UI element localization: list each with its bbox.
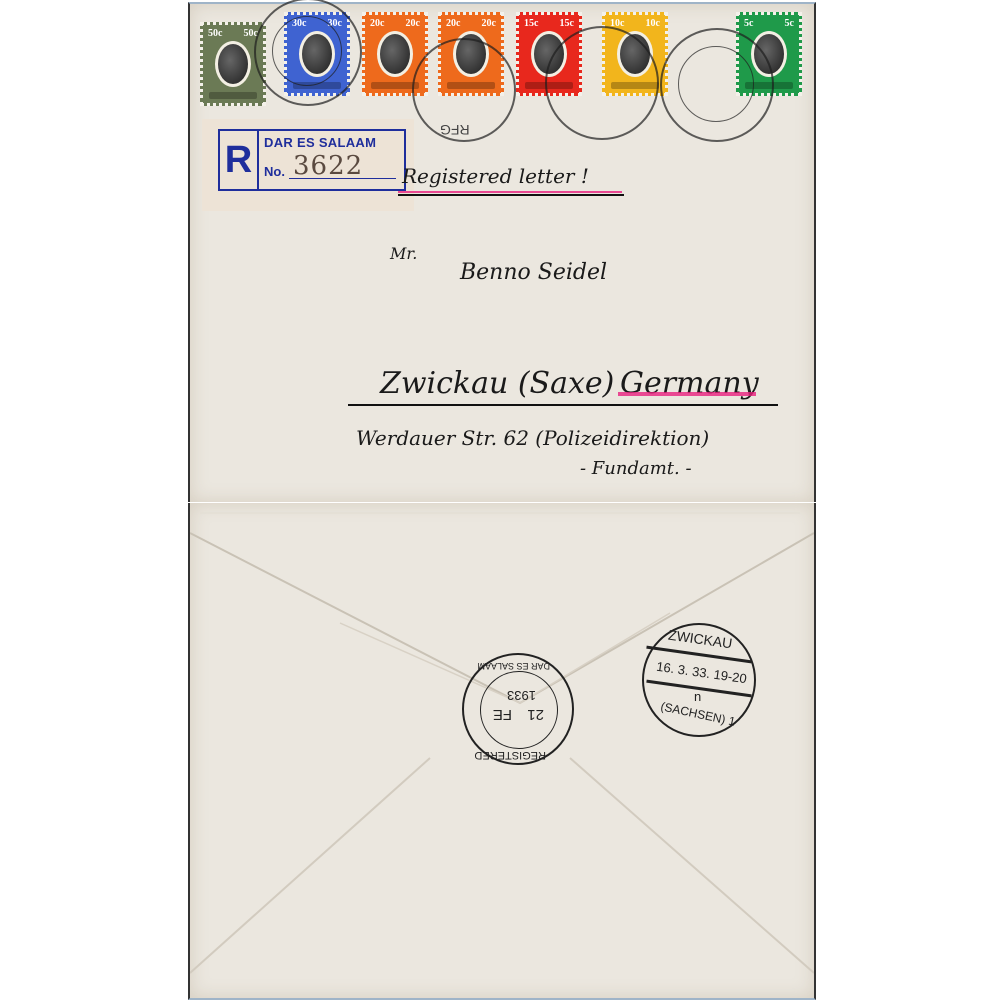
registration-letter: R [220,131,259,189]
registration-label: R DAR ES SALAAM No. 3622 [202,119,414,211]
postmark-registered-inner [480,671,558,749]
stamp-value: 20c [406,18,420,29]
postmark-registered-month: FE [493,706,512,723]
pink-underline-country [618,392,756,396]
underline-note [398,194,624,196]
postmark-registered-transit: REGISTERED 21 FE 1933 DAR ES SALAAM [462,653,574,765]
underline-city [348,404,778,406]
postmark-zwickau-code: n [694,689,701,704]
registration-number: 3622 [293,151,363,181]
postmark-dar-es-salaam-1-inner [272,16,342,86]
postmark-dar-es-salaam-3 [545,26,659,140]
stamp-value: 5c [744,18,753,29]
king-portrait-icon [215,41,251,87]
stamp-frame-text [209,92,257,99]
registration-number-label: No. [264,164,285,179]
registration-number-line [289,178,396,179]
registered-letter-note: Registered letter ! [402,164,589,188]
recipient-city: Zwickau (Saxe) [380,366,614,401]
envelope-front: 50c50c30c30c20c20c20c20c15c15c10c10c5c5c… [188,2,816,502]
stamp-value: 15c [560,18,574,29]
stamp-value: 5c [785,18,794,29]
recipient-street: Werdauer Str. 62 (Polizeidirektion) [356,426,709,450]
postmark-zwickau-arrival: ZWICKAU 16. 3. 33. 19-20 n (SACHSEN) 1 [642,623,756,737]
pink-underline-note [398,191,622,193]
stamp-value: 50c [208,28,222,39]
postmark-registered-year: 1933 [507,688,536,703]
postmark-registered-day: 21 [527,706,544,723]
registration-details: DAR ES SALAAM No. 3622 [259,131,404,189]
postmark-registered-ring: REGISTERED [474,749,546,761]
king-portrait-icon [377,31,413,77]
envelope-back: REGISTERED 21 FE 1933 DAR ES SALAAM ZWIC… [188,503,816,1000]
postmark-dar-es-salaam-4-inner [678,46,754,122]
registration-office: DAR ES SALAAM [264,135,376,150]
postmark-zwickau-city: ZWICKAU [667,627,733,652]
postmark-registered-ring-bottom: DAR ES SALAAM [477,661,550,671]
stamp-value: 20c [446,18,460,29]
recipient-department: - Fundamt. - [580,458,692,479]
recipient-name: Benno Seidel [460,260,607,285]
registration-box: R DAR ES SALAAM No. 3622 [218,129,406,191]
stamp-value: 15c [524,18,538,29]
stamp-value: 10c [646,18,660,29]
stamp-value: 20c [370,18,384,29]
postmark-fragment: RFG [440,122,470,138]
stamp-value: 20c [482,18,496,29]
salutation: Mr. [390,244,417,263]
